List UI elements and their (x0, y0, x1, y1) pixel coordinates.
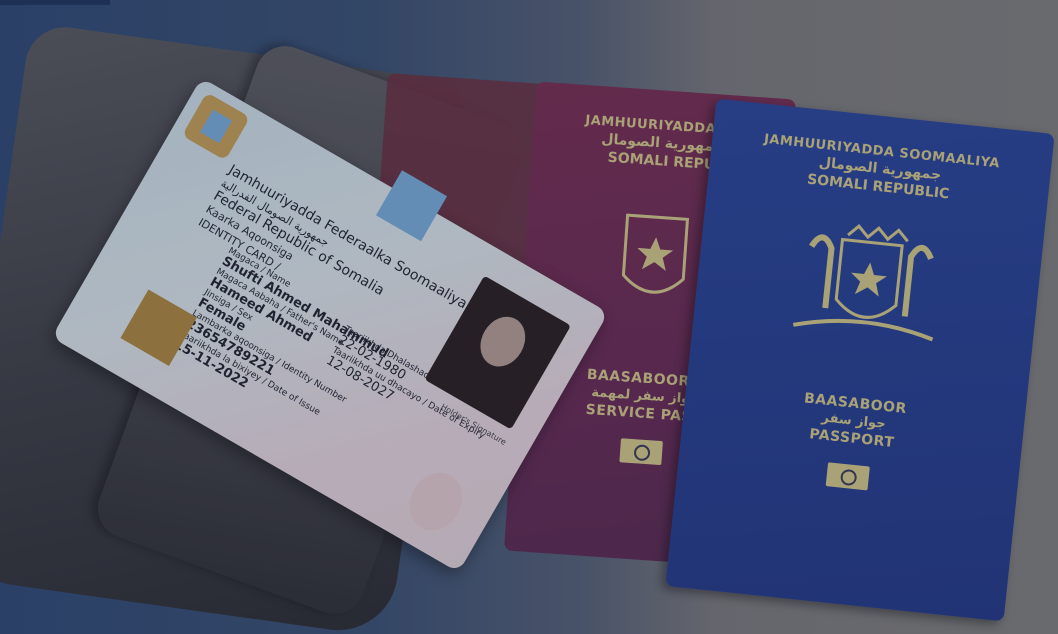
ghost-photo (399, 463, 472, 540)
biometric-chip-icon (826, 462, 870, 490)
passport: JAMHUURIYADDA SOOMAALIYA جمهورية الصومال… (665, 99, 1054, 622)
biometric-chip-icon (619, 438, 663, 465)
coat-of-arms-icon (182, 92, 250, 160)
photo-scene: JAMHUURIYADDA SO جمهورية الصومال SOMALI … (0, 0, 1058, 634)
coat-of-arms-icon (770, 203, 965, 371)
